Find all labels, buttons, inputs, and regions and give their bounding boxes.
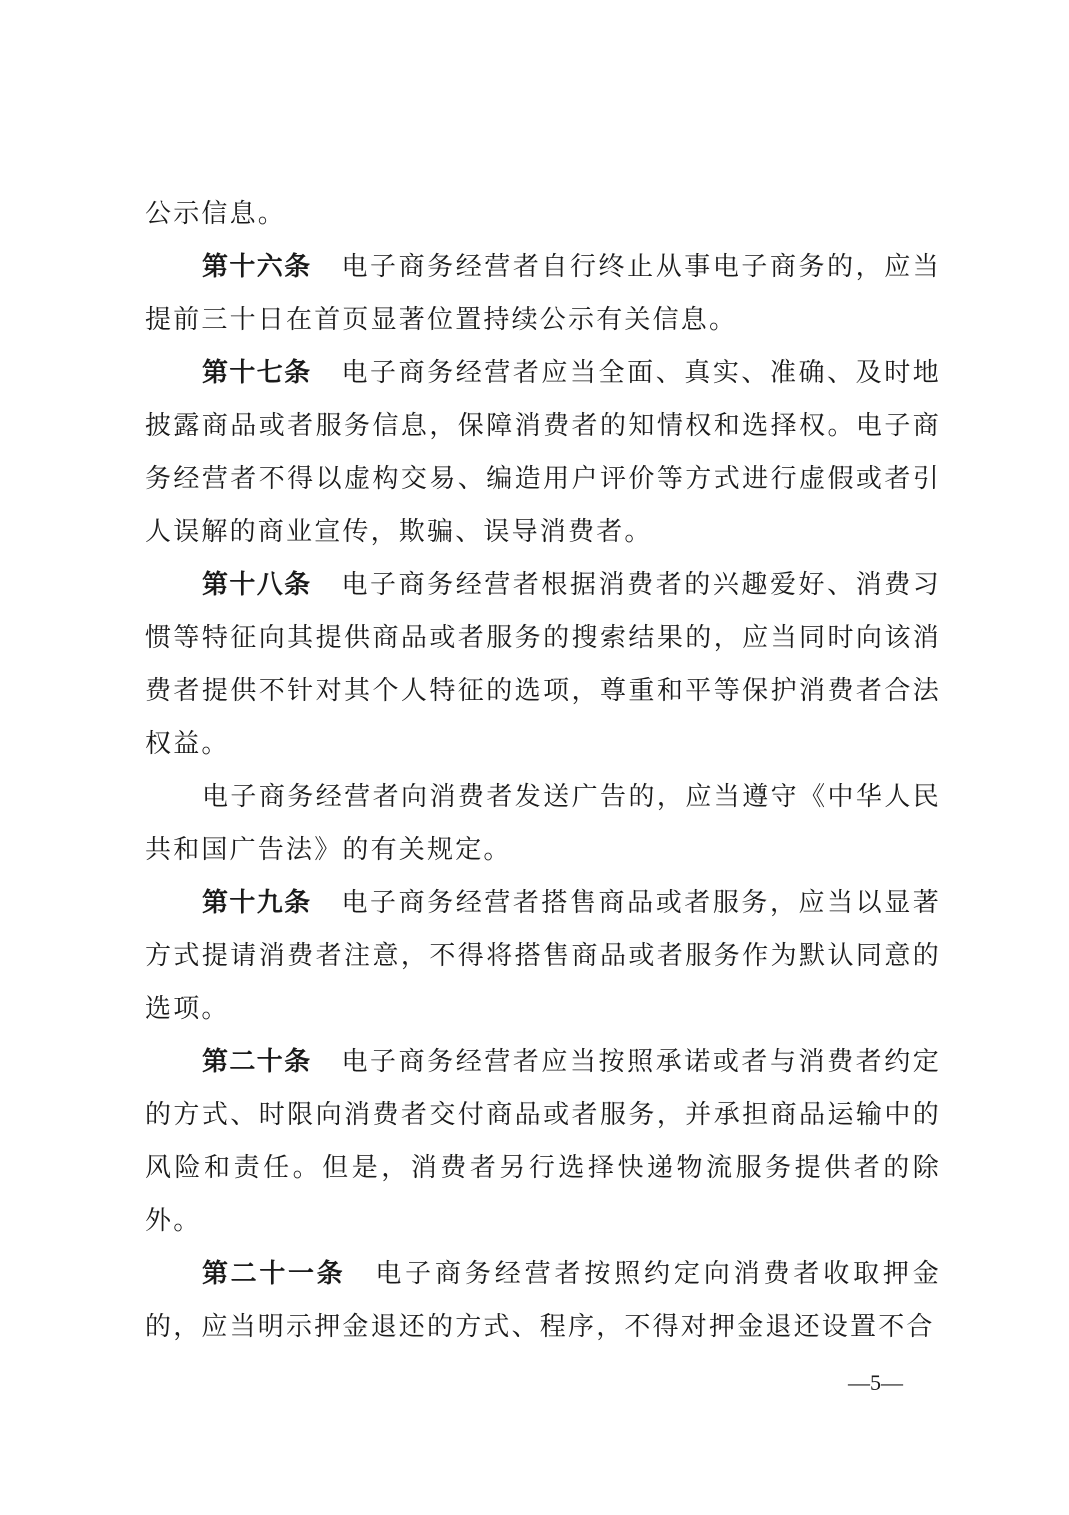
article-number: 第十九条 (202, 888, 311, 918)
article-20: 第二十条电子商务经营者应当按照承诺或者与消费者约定的方式、时限向消费者交付商品或… (145, 1036, 941, 1248)
page-number: —5— (848, 1370, 903, 1396)
article-18-paragraph-2: 电子商务经营者向消费者发送广告的，应当遵守《中华人民共和国广告法》的有关规定。 (145, 771, 941, 877)
article-number: 第二十条 (202, 1047, 311, 1077)
article-17: 第十七条电子商务经营者应当全面、真实、准确、及时地披露商品或者服务信息，保障消费… (145, 347, 941, 559)
article-16: 第十六条电子商务经营者自行终止从事电子商务的，应当提前三十日在首页显著位置持续公… (145, 241, 941, 347)
document-page-body: 公示信息。 第十六条电子商务经营者自行终止从事电子商务的，应当提前三十日在首页显… (145, 188, 941, 1354)
article-19: 第十九条电子商务经营者搭售商品或者服务，应当以显著方式提请消费者注意，不得将搭售… (145, 877, 941, 1036)
article-number: 第十七条 (202, 358, 311, 388)
article-number: 第二十一条 (202, 1259, 345, 1289)
continuation-paragraph: 公示信息。 (145, 188, 941, 241)
article-18: 第十八条电子商务经营者根据消费者的兴趣爱好、消费习惯等特征向其提供商品或者服务的… (145, 559, 941, 771)
article-21: 第二十一条电子商务经营者按照约定向消费者收取押金的，应当明示押金退还的方式、程序… (145, 1248, 941, 1354)
article-number: 第十六条 (202, 252, 311, 282)
article-number: 第十八条 (202, 570, 311, 600)
